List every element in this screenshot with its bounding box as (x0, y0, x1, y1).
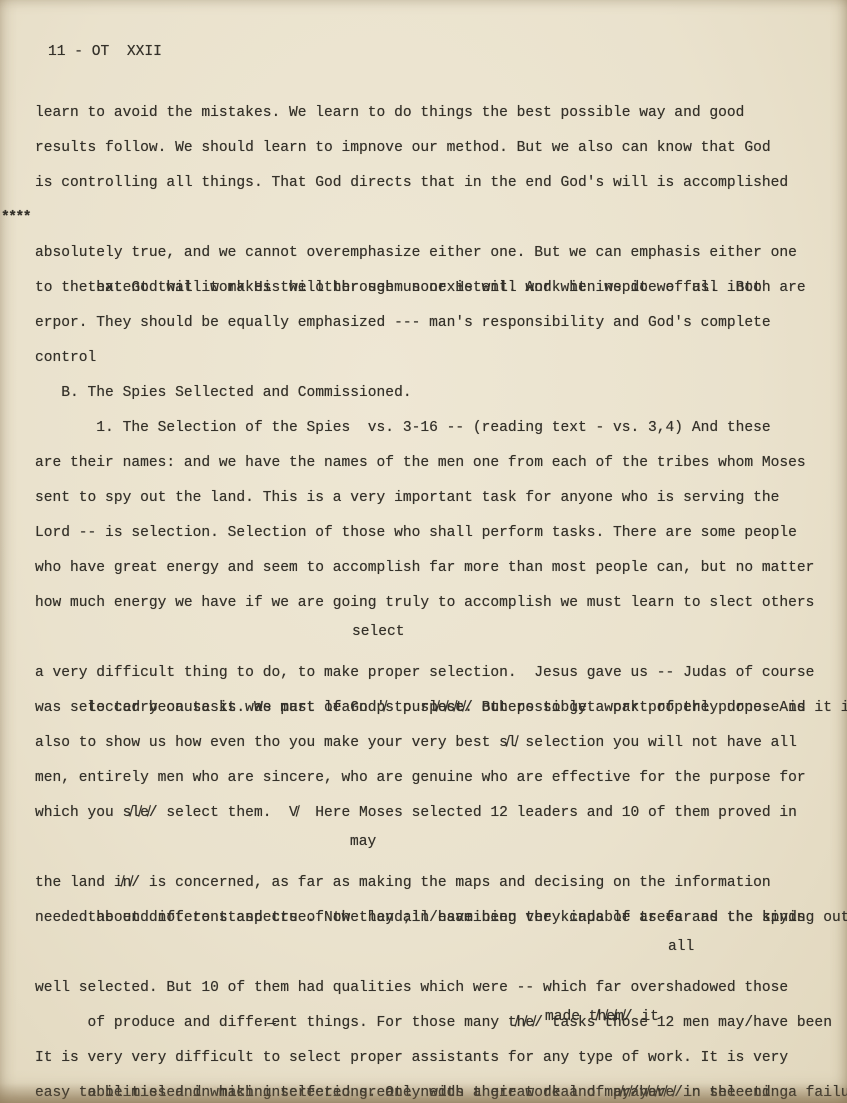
typed-line: to the extent that it makes the other se… (35, 271, 837, 306)
typed-line-text: sent to spy out the land. This is a very… (35, 490, 779, 506)
typed-line: men, entirely men who are sincere, who a… (35, 761, 837, 796)
typed-line-text: how much energy we have if we are going … (35, 595, 814, 611)
typed-line: all of produce and differ̶ent things. Fo… (35, 936, 837, 971)
typed-line: learn to avoid the mistakes. We learn to… (35, 96, 837, 131)
typed-line-text: which you s̸l̸e̸/ select them. V̸ Here M… (35, 805, 797, 821)
typed-line: made t̸h̸e̸m̸/ it abilities and which in… (35, 1006, 837, 1041)
typed-line: also to show us how even tho you make yo… (35, 726, 837, 761)
typed-line-text: needed about different aspects of the la… (35, 910, 806, 926)
typed-line-text: absolutely true, and we cannot overempha… (35, 245, 797, 261)
typed-line: absolutely true, and we cannot overempha… (35, 236, 837, 271)
typed-line-text: 1. The Selection of the Spies vs. 3-16 -… (35, 420, 771, 436)
typed-line: who have great energy and seem to accomp… (35, 551, 837, 586)
typed-line-heading: 1. The Selection of the Spies vs. 3-16 -… (35, 411, 837, 446)
typed-line: which you s̸l̸e̸/ select them. V̸ Here M… (35, 796, 837, 831)
typed-line: Lord -- is selection. Selection of those… (35, 516, 837, 551)
typed-line: sent to spy out the land. This is a very… (35, 481, 837, 516)
interline-correction: made t̸h̸e̸m̸/ it (545, 1010, 659, 1024)
typed-line-text: well selected. But 10 of them had qualit… (35, 980, 788, 996)
typed-line: a very difficult thing to do, to make pr… (35, 656, 837, 691)
typed-line-text: It is very very difficult to select prop… (35, 1050, 788, 1066)
margin-asterisks: **** (1, 201, 30, 236)
typed-line: erpor. They should be equally emphasized… (35, 306, 837, 341)
typed-line-text: B. The Spies Sellected and Commissioned. (35, 385, 412, 401)
typed-line: how much energy we have if we are going … (35, 586, 837, 621)
typed-line-text: to the extent that it makes the other se… (35, 280, 762, 296)
document-page: 11 - OT XXII learn to avoid the mistakes… (0, 0, 847, 1103)
typed-line: was selected because it was part of God'… (35, 691, 837, 726)
typed-line: select to carry on tasks. We must learn … (35, 621, 837, 656)
typed-line-text: easy to be misled in making selections. … (35, 1085, 788, 1101)
typed-line-text: is controlling all things. That God dire… (35, 175, 788, 191)
typed-line-text: a very difficult thing to do, to make pr… (35, 665, 814, 681)
typed-line-text: also to show us how even tho you make yo… (35, 735, 797, 751)
typed-line: may the end not to stand true. Now they … (35, 831, 837, 866)
typed-line-text: control (35, 350, 96, 366)
typed-line: results follow. We should learn to impno… (35, 131, 837, 166)
typed-line: is controlling all things. That God dire… (35, 166, 837, 201)
typed-line-text: Lord -- is selection. Selection of those… (35, 525, 797, 541)
typed-line: the land i̸n̸/ is concerned, as far as m… (35, 866, 837, 901)
typed-line: are their names: and we have the names o… (35, 446, 837, 481)
typed-line: well selected. But 10 of them had qualit… (35, 971, 837, 1006)
typed-line-text: men, entirely men who are sincere, who a… (35, 770, 806, 786)
typed-line: It is very very difficult to select prop… (35, 1041, 837, 1076)
typed-line: **** that God will work His will through… (35, 201, 837, 236)
typed-line-text: learn to avoid the mistakes. We learn to… (35, 105, 744, 121)
typed-line-heading: B. The Spies Sellected and Commissioned. (35, 376, 837, 411)
typed-line-text: the land i̸n̸/ is concerned, as far as m… (35, 875, 771, 891)
interline-correction: all (668, 940, 694, 954)
typed-line: needed about different aspects of the la… (35, 901, 837, 936)
typed-line-text: was selected because it was part of God'… (35, 700, 806, 716)
interline-correction: select (352, 625, 405, 639)
typed-line-text: erpor. They should be equally emphasized… (35, 315, 771, 331)
page-header: 11 - OT XXII (48, 44, 162, 60)
typed-line: easy to be misled in making selections. … (35, 1076, 837, 1103)
typed-line: control (35, 341, 837, 376)
typed-line-text: are their names: and we have the names o… (35, 455, 806, 471)
interline-correction: may (350, 835, 376, 849)
typed-line-text: who have great energy and seem to accomp… (35, 560, 814, 576)
typed-line-text: results follow. We should learn to impno… (35, 140, 771, 156)
typed-text-block: learn to avoid the mistakes. We learn to… (35, 96, 837, 1103)
